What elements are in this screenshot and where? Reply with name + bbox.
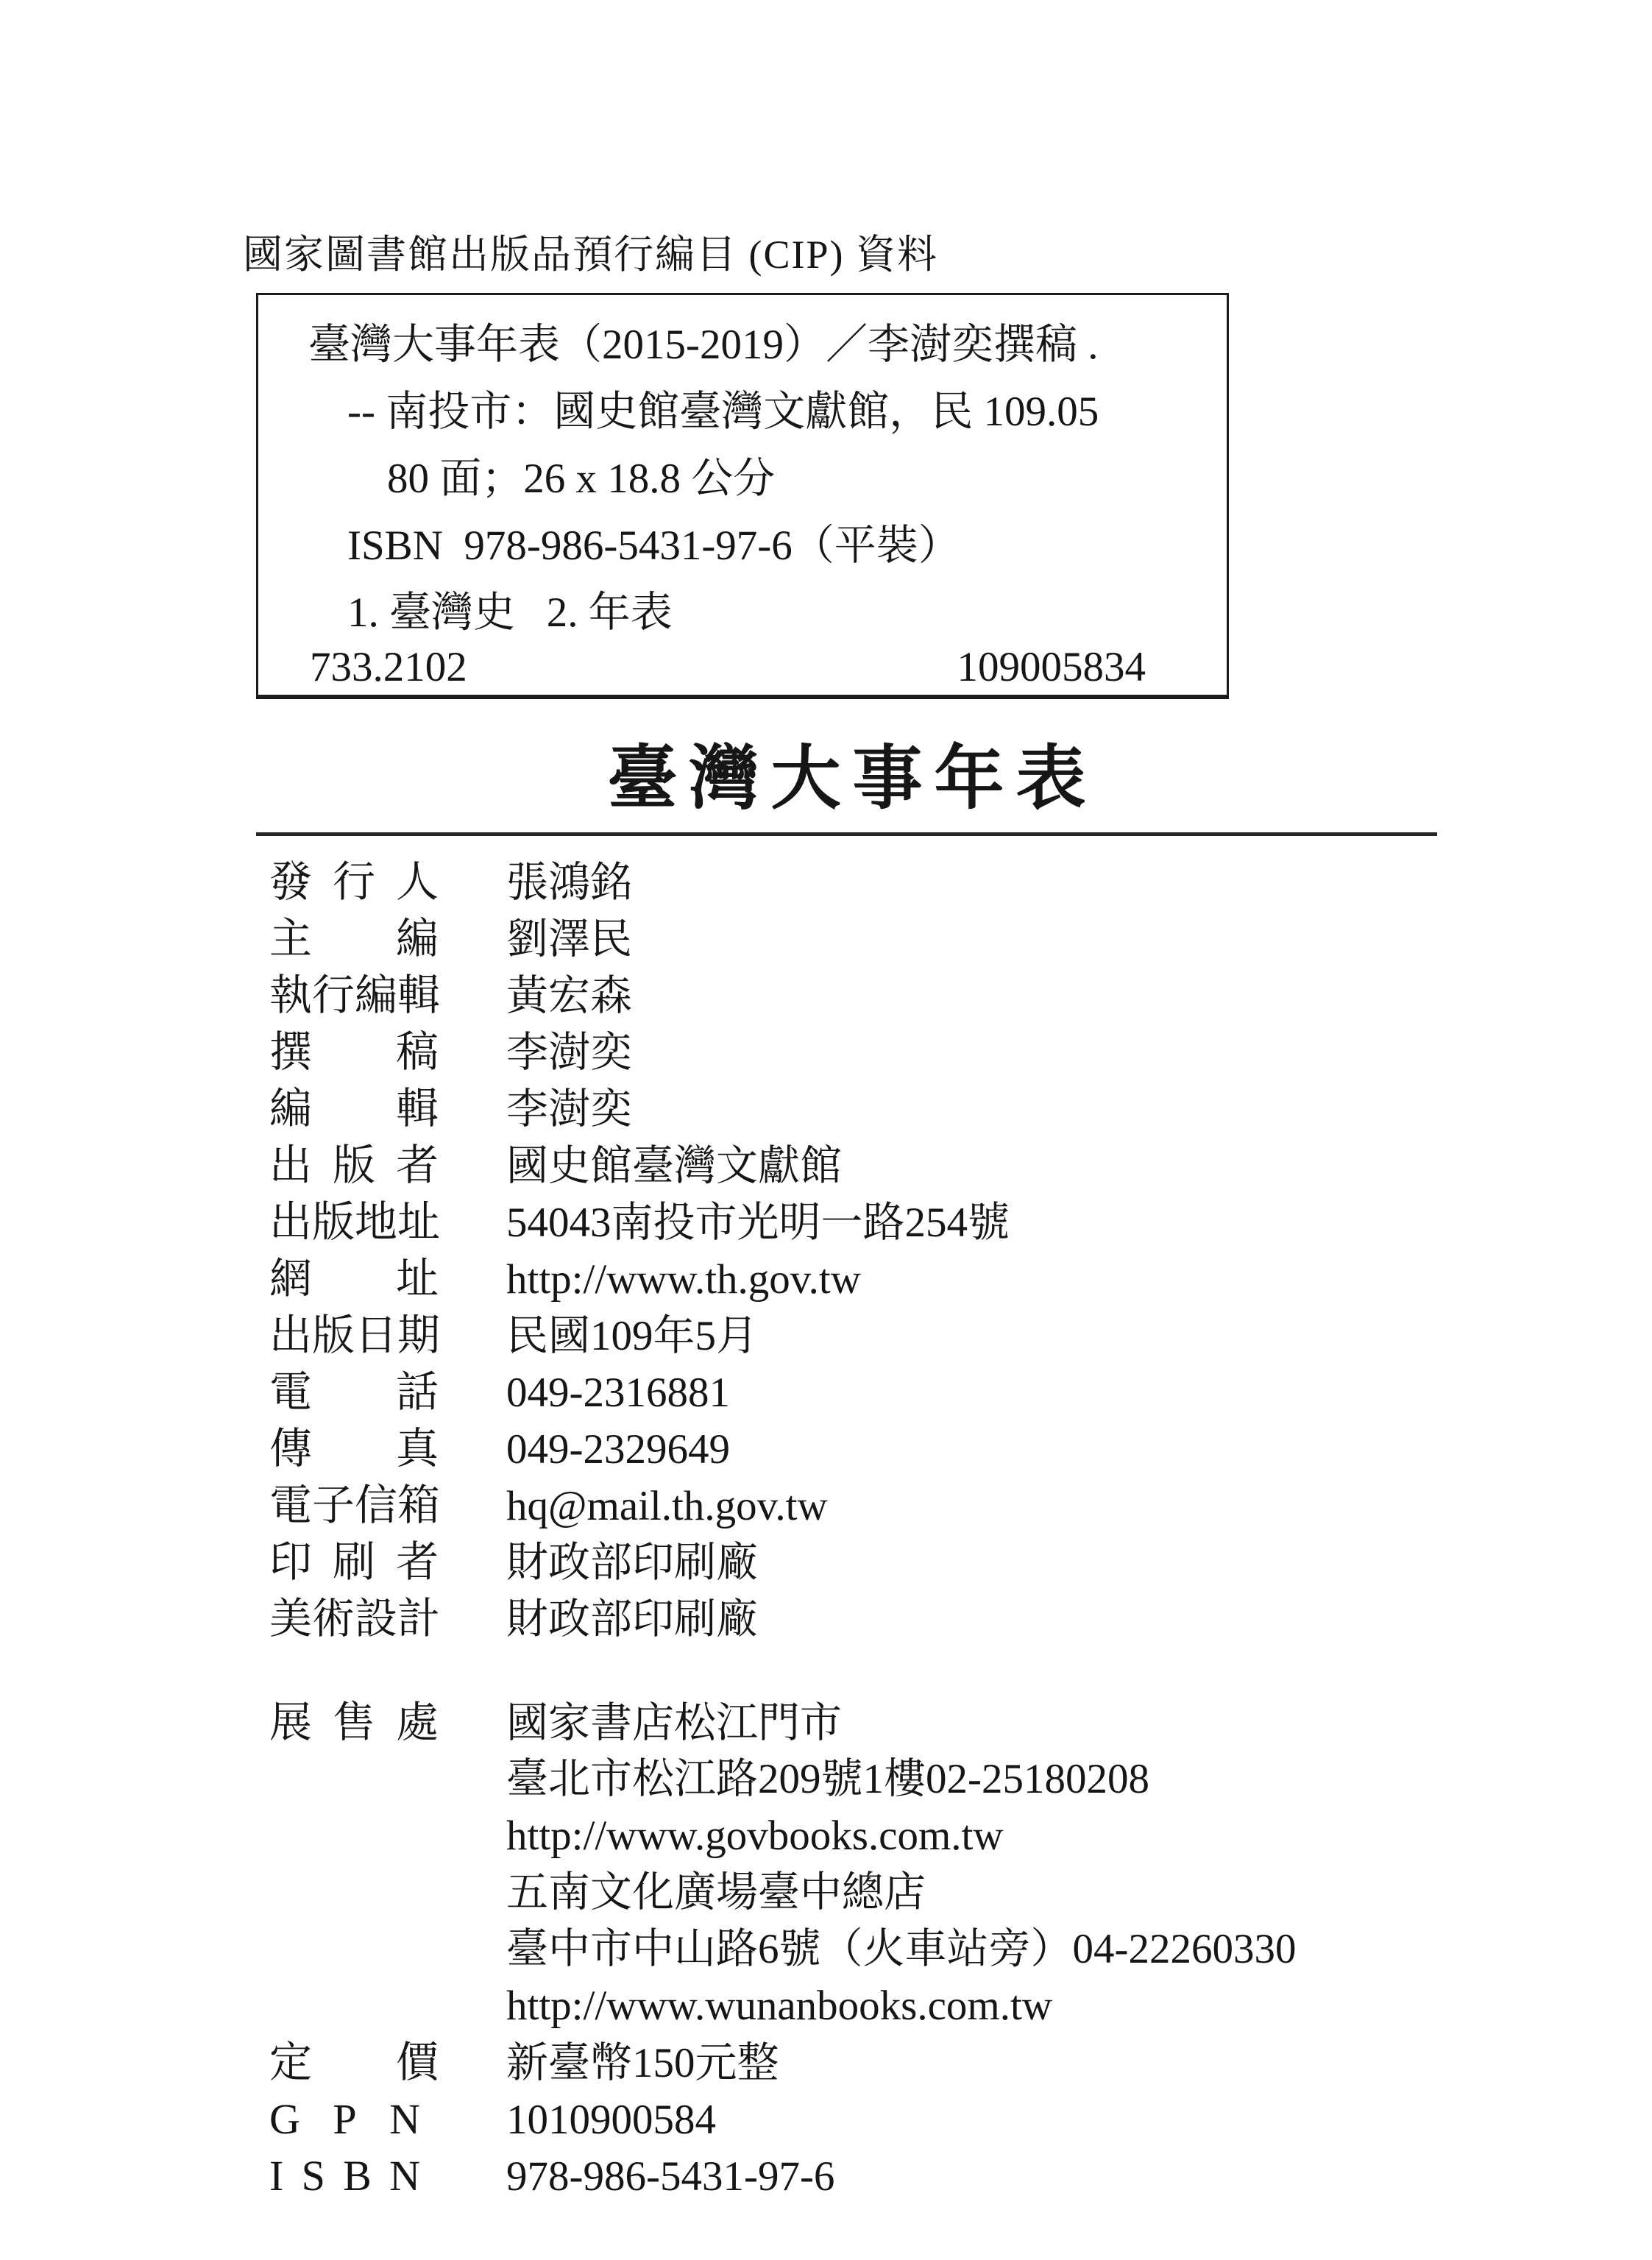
row-label: 電話 xyxy=(269,1364,439,1420)
row-label: 執行編輯 xyxy=(269,967,439,1024)
row-label: 電子信箱 xyxy=(269,1477,439,1534)
colophon-row-fax: 傳真 049-2329649 xyxy=(269,1420,1491,1477)
colophon-row-distribution: 展售處 國家書店松江門市 xyxy=(269,1694,1491,1751)
row-label: 主編 xyxy=(269,910,439,967)
row-label: 出版日期 xyxy=(269,1307,439,1364)
row-value: 新臺幣150元整 xyxy=(506,2035,779,2091)
colophon-list: 發行人 張鴻銘 主編 劉澤民 執行編輯 黃宏森 撰稿 李澍奕 編輯 李澍奕 出版… xyxy=(269,854,1491,2204)
cip-class-number: 733.2102 xyxy=(310,646,467,688)
cip-imprint: -- 南投市：國史館臺灣文獻館，民 109.05 xyxy=(258,378,1227,445)
row-value: 張鴻銘 xyxy=(506,854,632,911)
row-value: http://www.th.gov.tw xyxy=(506,1251,861,1308)
cip-record-number: 109005834 xyxy=(957,646,1146,688)
row-label: 撰稿 xyxy=(269,1024,439,1080)
title-section: 臺灣大事年表 xyxy=(256,737,1437,836)
colophon-row-website: 網址 http://www.th.gov.tw xyxy=(269,1250,1491,1307)
cip-heading: 國家圖書館出版品預行編目 (CIP) 資料 xyxy=(243,231,938,279)
colophon-row-publisher-address: 出版地址 54043南投市光明一路254號 xyxy=(269,1194,1491,1250)
colophon-row-price: 定價 新臺幣150元整 xyxy=(269,2034,1491,2091)
row-label: ISBN xyxy=(269,2147,439,2204)
row-value: 978-986-5431-97-6 xyxy=(506,2148,834,2205)
cip-box-lines: 臺灣大事年表（2015-2019）／李澍奕撰稿 . -- 南投市：國史館臺灣文獻… xyxy=(258,295,1227,646)
cip-title-statement: 臺灣大事年表（2015-2019）／李澍奕撰稿 . xyxy=(258,311,1227,378)
colophon-page: 國家圖書館出版品預行編目 (CIP) 資料 臺灣大事年表（2015-2019）／… xyxy=(0,0,1652,2260)
row-label: 定價 xyxy=(269,2034,439,2091)
colophon-row-printer: 印刷者 財政部印刷廠 xyxy=(269,1534,1491,1590)
row-label: GPN xyxy=(269,2091,439,2147)
distribution-line: 五南文化廣場臺中總店 xyxy=(506,1864,1491,1921)
row-value: 黃宏森 xyxy=(506,968,632,1024)
row-value: 1010900584 xyxy=(506,2091,716,2148)
colophon-row-executive-editor: 執行編輯 黃宏森 xyxy=(269,967,1491,1024)
colophon-row-publisher-org: 出版者 國史館臺灣文獻館 xyxy=(269,1137,1491,1194)
row-value: 54043南投市光明一路254號 xyxy=(506,1194,1010,1251)
distribution-line: http://www.govbooks.com.tw xyxy=(506,1807,1491,1864)
row-label: 出版地址 xyxy=(269,1194,439,1250)
cip-collation: 80 面；26 x 18.8 公分 xyxy=(258,445,1227,512)
colophon-row-editor: 編輯 李澍奕 xyxy=(269,1080,1491,1137)
row-value: 民國109年5月 xyxy=(506,1308,758,1364)
row-value: 國史館臺灣文獻館 xyxy=(506,1138,842,1194)
row-label: 美術設計 xyxy=(269,1590,439,1647)
colophon-row-isbn: ISBN 978-986-5431-97-6 xyxy=(269,2147,1491,2204)
cip-box-bottom: 733.2102 109005834 xyxy=(258,646,1227,700)
row-label: 網址 xyxy=(269,1250,439,1307)
colophon-row-chief-editor: 主編 劉澤民 xyxy=(269,910,1491,967)
distribution-line: http://www.wunanbooks.com.tw xyxy=(506,1977,1491,2034)
row-value: 財政部印刷廠 xyxy=(506,1534,758,1591)
row-label: 出版者 xyxy=(269,1137,439,1194)
row-label: 印刷者 xyxy=(269,1534,439,1590)
row-value: 李澍奕 xyxy=(506,1081,632,1138)
distribution-block: 展售處 國家書店松江門市 臺北市松江路209號1樓02-25180208 htt… xyxy=(269,1694,1491,2034)
row-label: 傳真 xyxy=(269,1420,439,1477)
colophon-row-gpn: GPN 1010900584 xyxy=(269,2091,1491,2147)
cip-isbn: ISBN 978-986-5431-97-6（平裝） xyxy=(258,512,1227,579)
row-label: 展售處 xyxy=(269,1694,439,1751)
colophon-row-writer: 撰稿 李澍奕 xyxy=(269,1024,1491,1080)
row-value: 049-2329649 xyxy=(506,1421,730,1478)
colophon-row-telephone: 電話 049-2316881 xyxy=(269,1364,1491,1420)
distribution-line: 臺北市松江路209號1樓02-25180208 xyxy=(506,1751,1491,1807)
distribution-line: 臺中市中山路6號（火車站旁）04-22260330 xyxy=(506,1921,1491,1977)
cip-subjects: 1. 臺灣史 2. 年表 xyxy=(258,579,1227,646)
row-value: hq@mail.th.gov.tw xyxy=(506,1478,828,1534)
row-value: 049-2316881 xyxy=(506,1364,730,1421)
row-label: 編輯 xyxy=(269,1080,439,1137)
distribution-line: 國家書店松江門市 xyxy=(506,1695,842,1751)
row-value: 劉澤民 xyxy=(506,911,632,968)
title-underline xyxy=(256,832,1437,836)
colophon-row-art-design: 美術設計 財政部印刷廠 xyxy=(269,1590,1491,1647)
colophon-row-publisher-person: 發行人 張鴻銘 xyxy=(269,854,1491,910)
colophon-row-email: 電子信箱 hq@mail.th.gov.tw xyxy=(269,1477,1491,1534)
row-value: 李澍奕 xyxy=(506,1024,632,1081)
row-value: 財政部印刷廠 xyxy=(506,1591,758,1648)
distribution-lines: 臺北市松江路209號1樓02-25180208 http://www.govbo… xyxy=(506,1751,1491,2034)
colophon-row-publish-date: 出版日期 民國109年5月 xyxy=(269,1307,1491,1364)
page-title: 臺灣大事年表 xyxy=(256,737,1437,820)
row-label: 發行人 xyxy=(269,854,439,910)
cip-box: 臺灣大事年表（2015-2019）／李澍奕撰稿 . -- 南投市：國史館臺灣文獻… xyxy=(256,293,1229,699)
